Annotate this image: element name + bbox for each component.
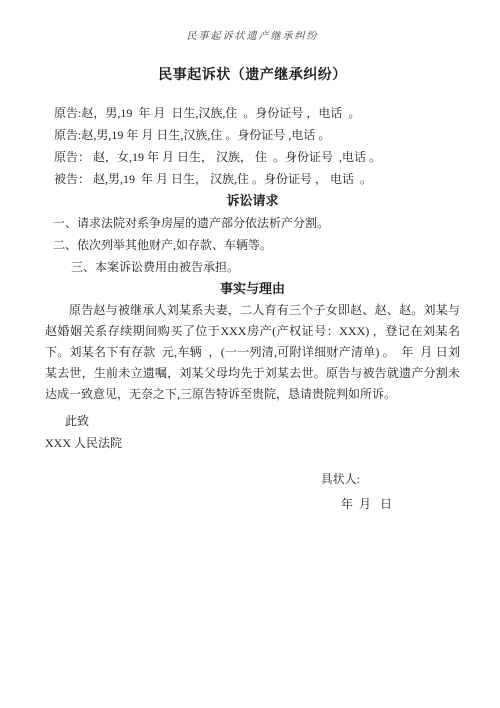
plaintiff-line-2: 原告:赵,男,19 年 月 日生,汉族,住 。身份证号 ,电话 。 (45, 124, 460, 146)
signature-block: 具状人: 年 月 日 (45, 468, 460, 515)
closing-salutation: 此致 (45, 410, 460, 432)
defendant-line: 被告： 赵,男,19 年 月 日生， 汉族,住 。身份证号 ， 电话 。 (45, 168, 460, 190)
document-header-note: 民事起诉状遗产继承纠纷 (45, 30, 460, 44)
plaintiff-line-1: 原告:赵，男,19 年 月 日生,汉族,住 。身份证号 ，电话 。 (45, 102, 460, 124)
signatory-label: 具状人: (45, 468, 460, 490)
court-name: XXX 人民法院 (45, 432, 460, 454)
facts-paragraph: 原告赵与被继承人刘某系夫妻，二人育有三个子女即赵、赵、赵。刘某与赵婚姻关系存续期… (45, 300, 460, 405)
claims-section: 一、请求法院对系争房屋的遗产部分依法析产分割。 二、依次列举其他财产,如存款、车… (45, 212, 460, 278)
document-title: 民事起诉状（遗产继承纠纷） (45, 66, 460, 86)
facts-heading: 事实与理由 (45, 278, 460, 300)
parties-section: 原告:赵，男,19 年 月 日生,汉族,住 。身份证号 ，电话 。 原告:赵,男… (45, 102, 460, 190)
claim-item-3: 三、本案诉讼费用由被告承担。 (45, 256, 460, 278)
claim-item-1: 一、请求法院对系争房屋的遗产部分依法析产分割。 (45, 212, 460, 234)
document-page: 民事起诉状遗产继承纠纷 民事起诉状（遗产继承纠纷） 原告:赵，男,19 年 月 … (0, 0, 500, 708)
plaintiff-line-3: 原告： 赵，女,19 年 月 日生， 汉族， 住 。身份证号 ,电话 。 (45, 146, 460, 168)
date-line: 年 月 日 (45, 493, 460, 515)
claim-item-2: 二、依次列举其他财产,如存款、车辆等。 (45, 234, 460, 256)
claims-heading: 诉讼请求 (45, 190, 460, 212)
